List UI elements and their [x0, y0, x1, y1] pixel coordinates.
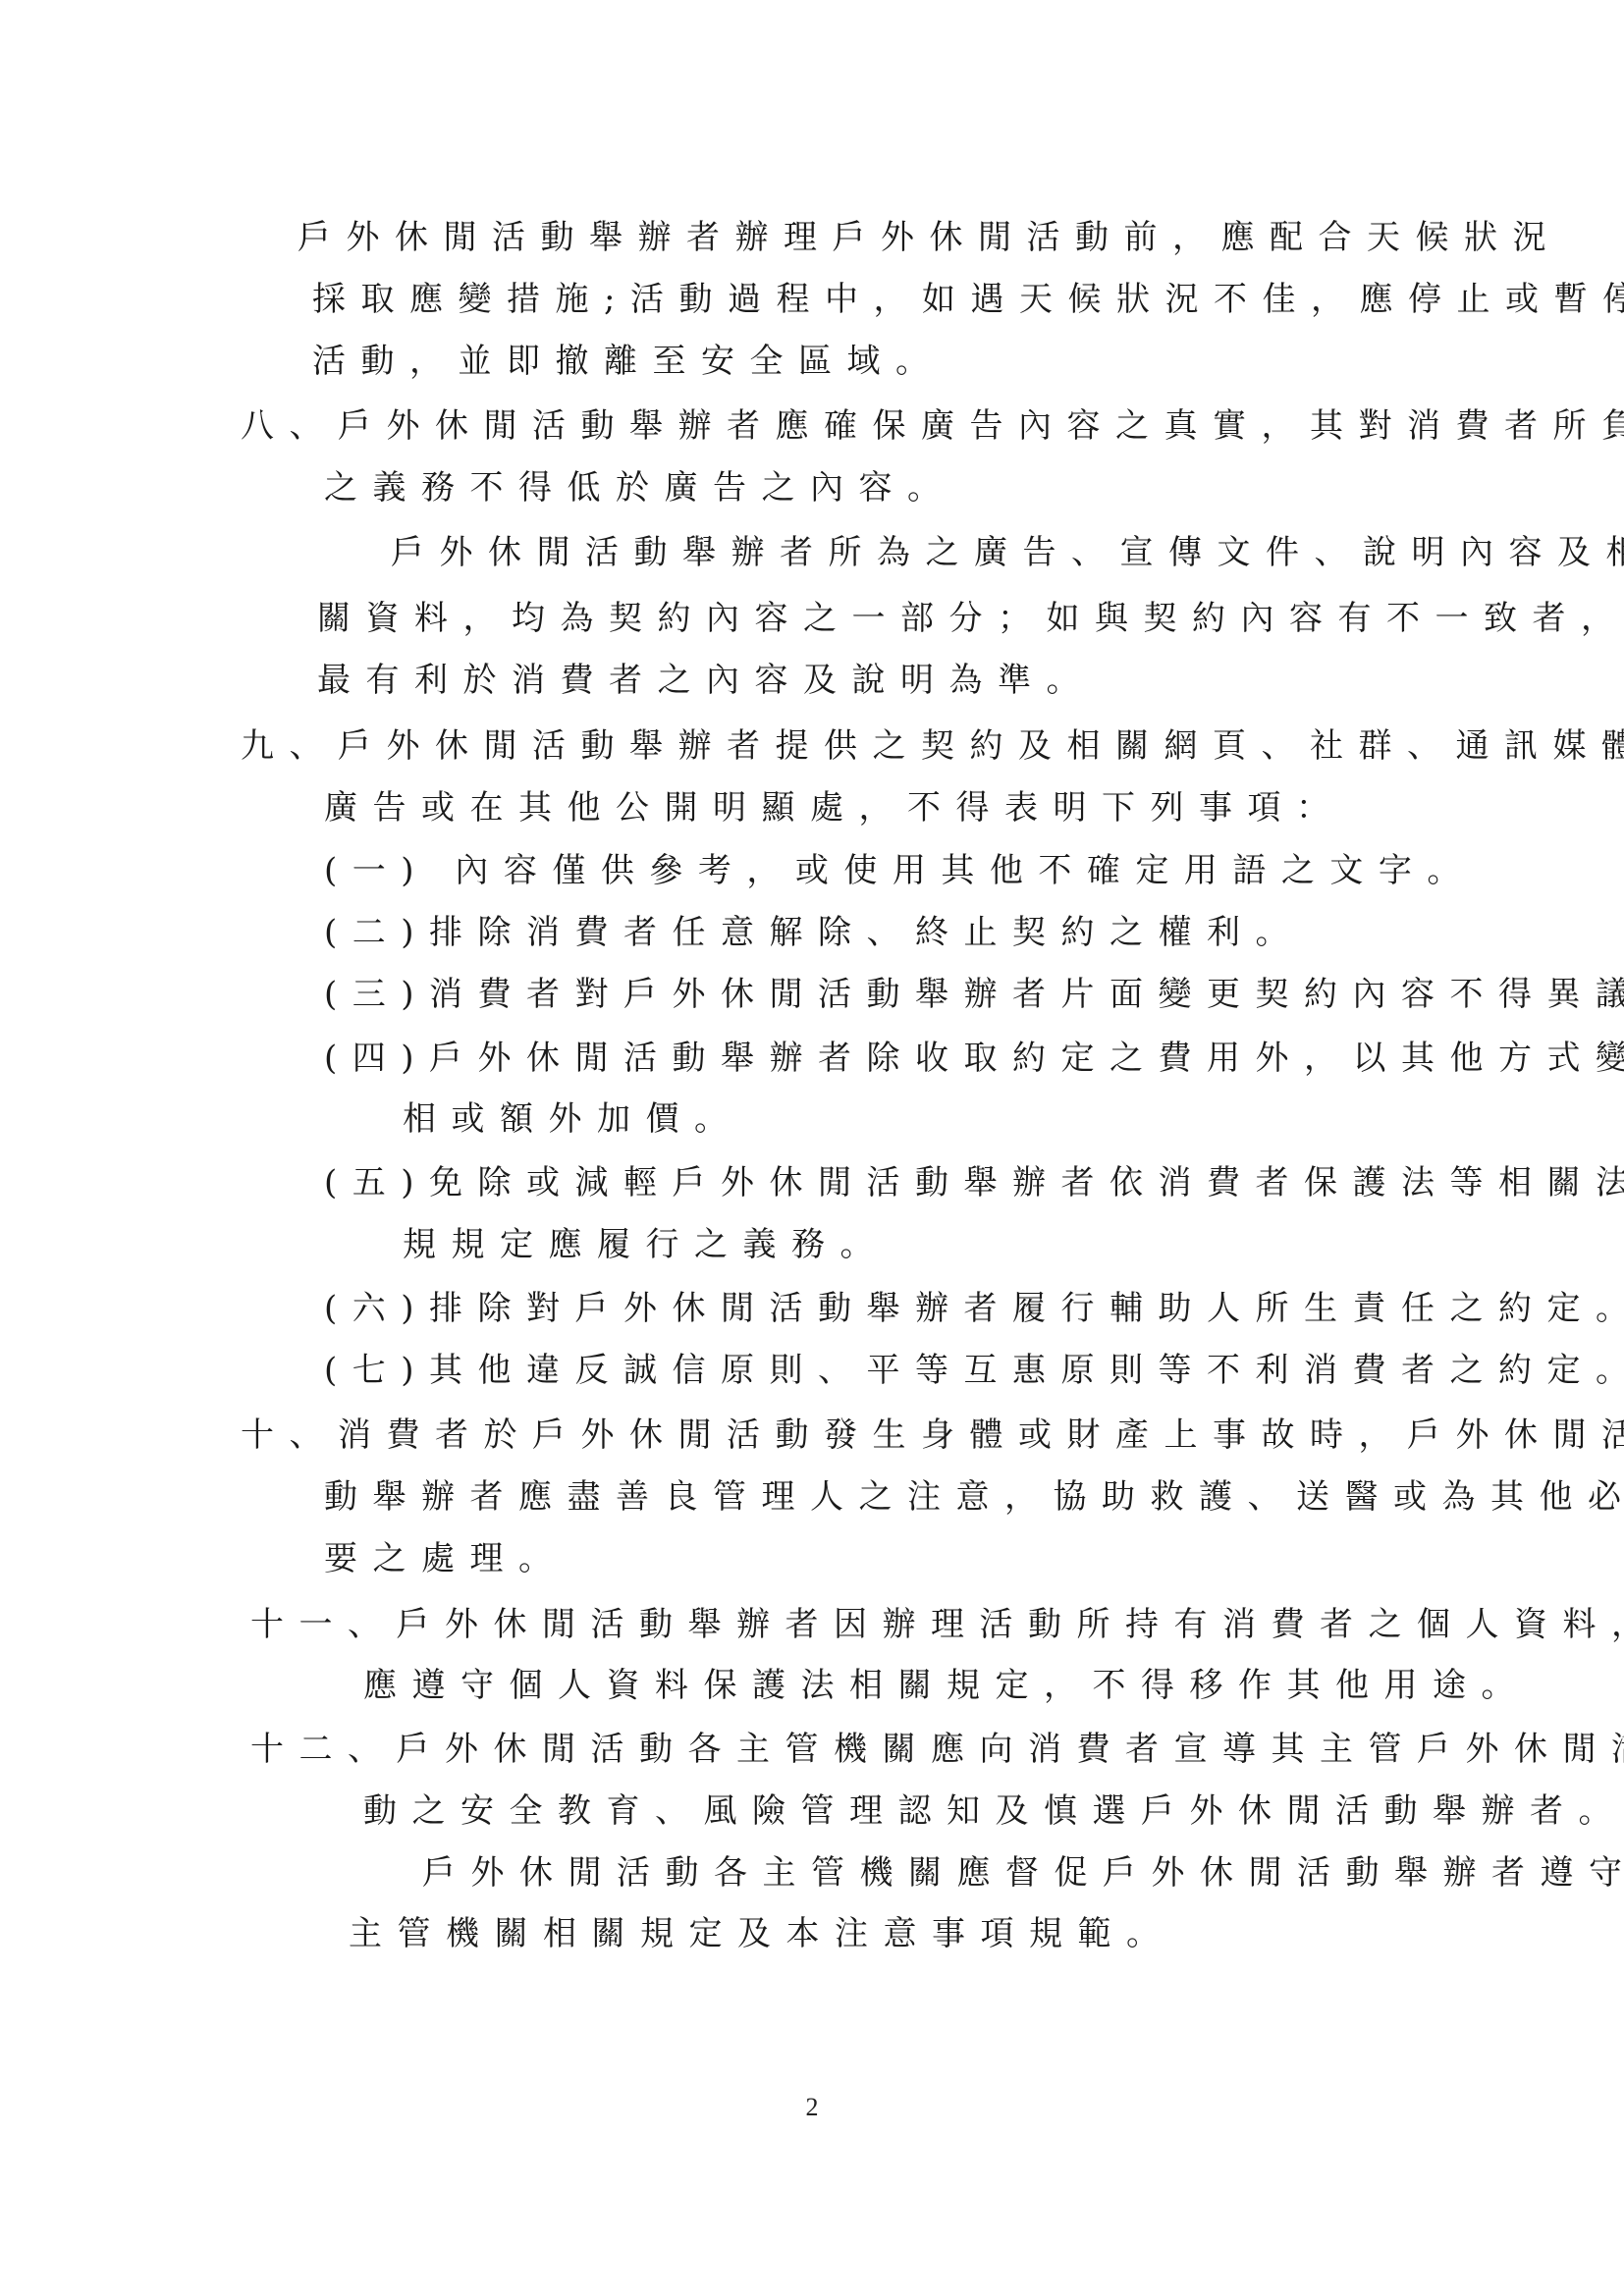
list-item-7: (七)其他違反誠信原則、平等互惠原則等不利消費者之約定。: [324, 1351, 1624, 1390]
text-line: 主管機關相關規定及本注意事項規範。: [349, 1914, 1175, 1953]
text-line: 最有利於消費者之內容及說明為準。: [317, 661, 1095, 700]
text-line: 戶外休閒活動舉辦者所為之廣告、宣傳文件、說明內容及相: [391, 533, 1624, 572]
text-line: 採取應變措施;活動過程中，如遇天候狀況不佳，應停止或暫停: [312, 280, 1624, 319]
page-number: 2: [0, 2093, 1624, 2122]
list-item-1: (一) 內容僅供參考，或使用其他不確定用語之文字。: [324, 851, 1476, 890]
article-10-heading-line: 十、消費者於戶外休閒活動發生身體或財產上事故時，戶外休閒活: [241, 1415, 1624, 1455]
text-line: 應遵守個人資料保護法相關規定，不得移作其他用途。: [363, 1666, 1530, 1705]
text-line: 活動，並即撤離至安全區域。: [312, 342, 945, 381]
text-line: 規規定應履行之義務。: [403, 1225, 889, 1264]
text-line: 要之處理。: [324, 1539, 568, 1578]
text-line: 戶外休閒活動各主管機關應督促戶外休閒活動舉辦者遵守: [422, 1853, 1624, 1893]
text-line: 廣告或在其他公開明顯處，不得表明下列事項：: [324, 788, 1345, 828]
text-line: 動舉辦者應盡善良管理人之注意，協助救護、送醫或為其他必: [324, 1477, 1624, 1517]
text-line: 相或額外加價。: [403, 1099, 743, 1139]
list-item-3: (三)消費者對戶外休閒活動舉辦者片面變更契約內容不得異議。: [324, 975, 1624, 1014]
article-9-heading-line: 九、戶外休閒活動舉辦者提供之契約及相關網頁、社群、通訊媒體、: [241, 726, 1624, 766]
article-11-heading-line: 十一、戶外休閒活動舉辦者因辦理活動所持有消費者之個人資料，: [250, 1605, 1624, 1644]
article-8-heading-line: 八、戶外休閒活動舉辦者應確保廣告內容之真實，其對消費者所負: [241, 406, 1624, 446]
list-item-6: (六)排除對戶外休閒活動舉辦者履行輔助人所生責任之約定。: [324, 1289, 1624, 1328]
list-item-5: (五)免除或減輕戶外休閒活動舉辦者依消費者保護法等相關法: [324, 1163, 1624, 1202]
document-page: 戶外休閒活動舉辦者辦理戶外休閒活動前，應配合天候狀況 採取應變措施;活動過程中，…: [0, 0, 1624, 2296]
list-item-4: (四)戶外休閒活動舉辦者除收取約定之費用外，以其他方式變: [324, 1039, 1624, 1078]
text-line: 之義務不得低於廣告之內容。: [324, 468, 956, 507]
article-12-heading-line: 十二、戶外休閒活動各主管機關應向消費者宣導其主管戶外休閒活: [250, 1730, 1624, 1769]
text-line: 關資料，均為契約內容之一部分；如與契約內容有不一致者，以: [317, 599, 1624, 638]
list-item-2: (二)排除消費者任意解除、終止契約之權利。: [324, 913, 1304, 952]
text-line: 動之安全教育、風險管理認知及慎選戶外休閒活動舉辦者。: [363, 1791, 1624, 1831]
text-line: 戶外休閒活動舉辦者辦理戶外休閒活動前，應配合天候狀況: [298, 218, 1561, 257]
